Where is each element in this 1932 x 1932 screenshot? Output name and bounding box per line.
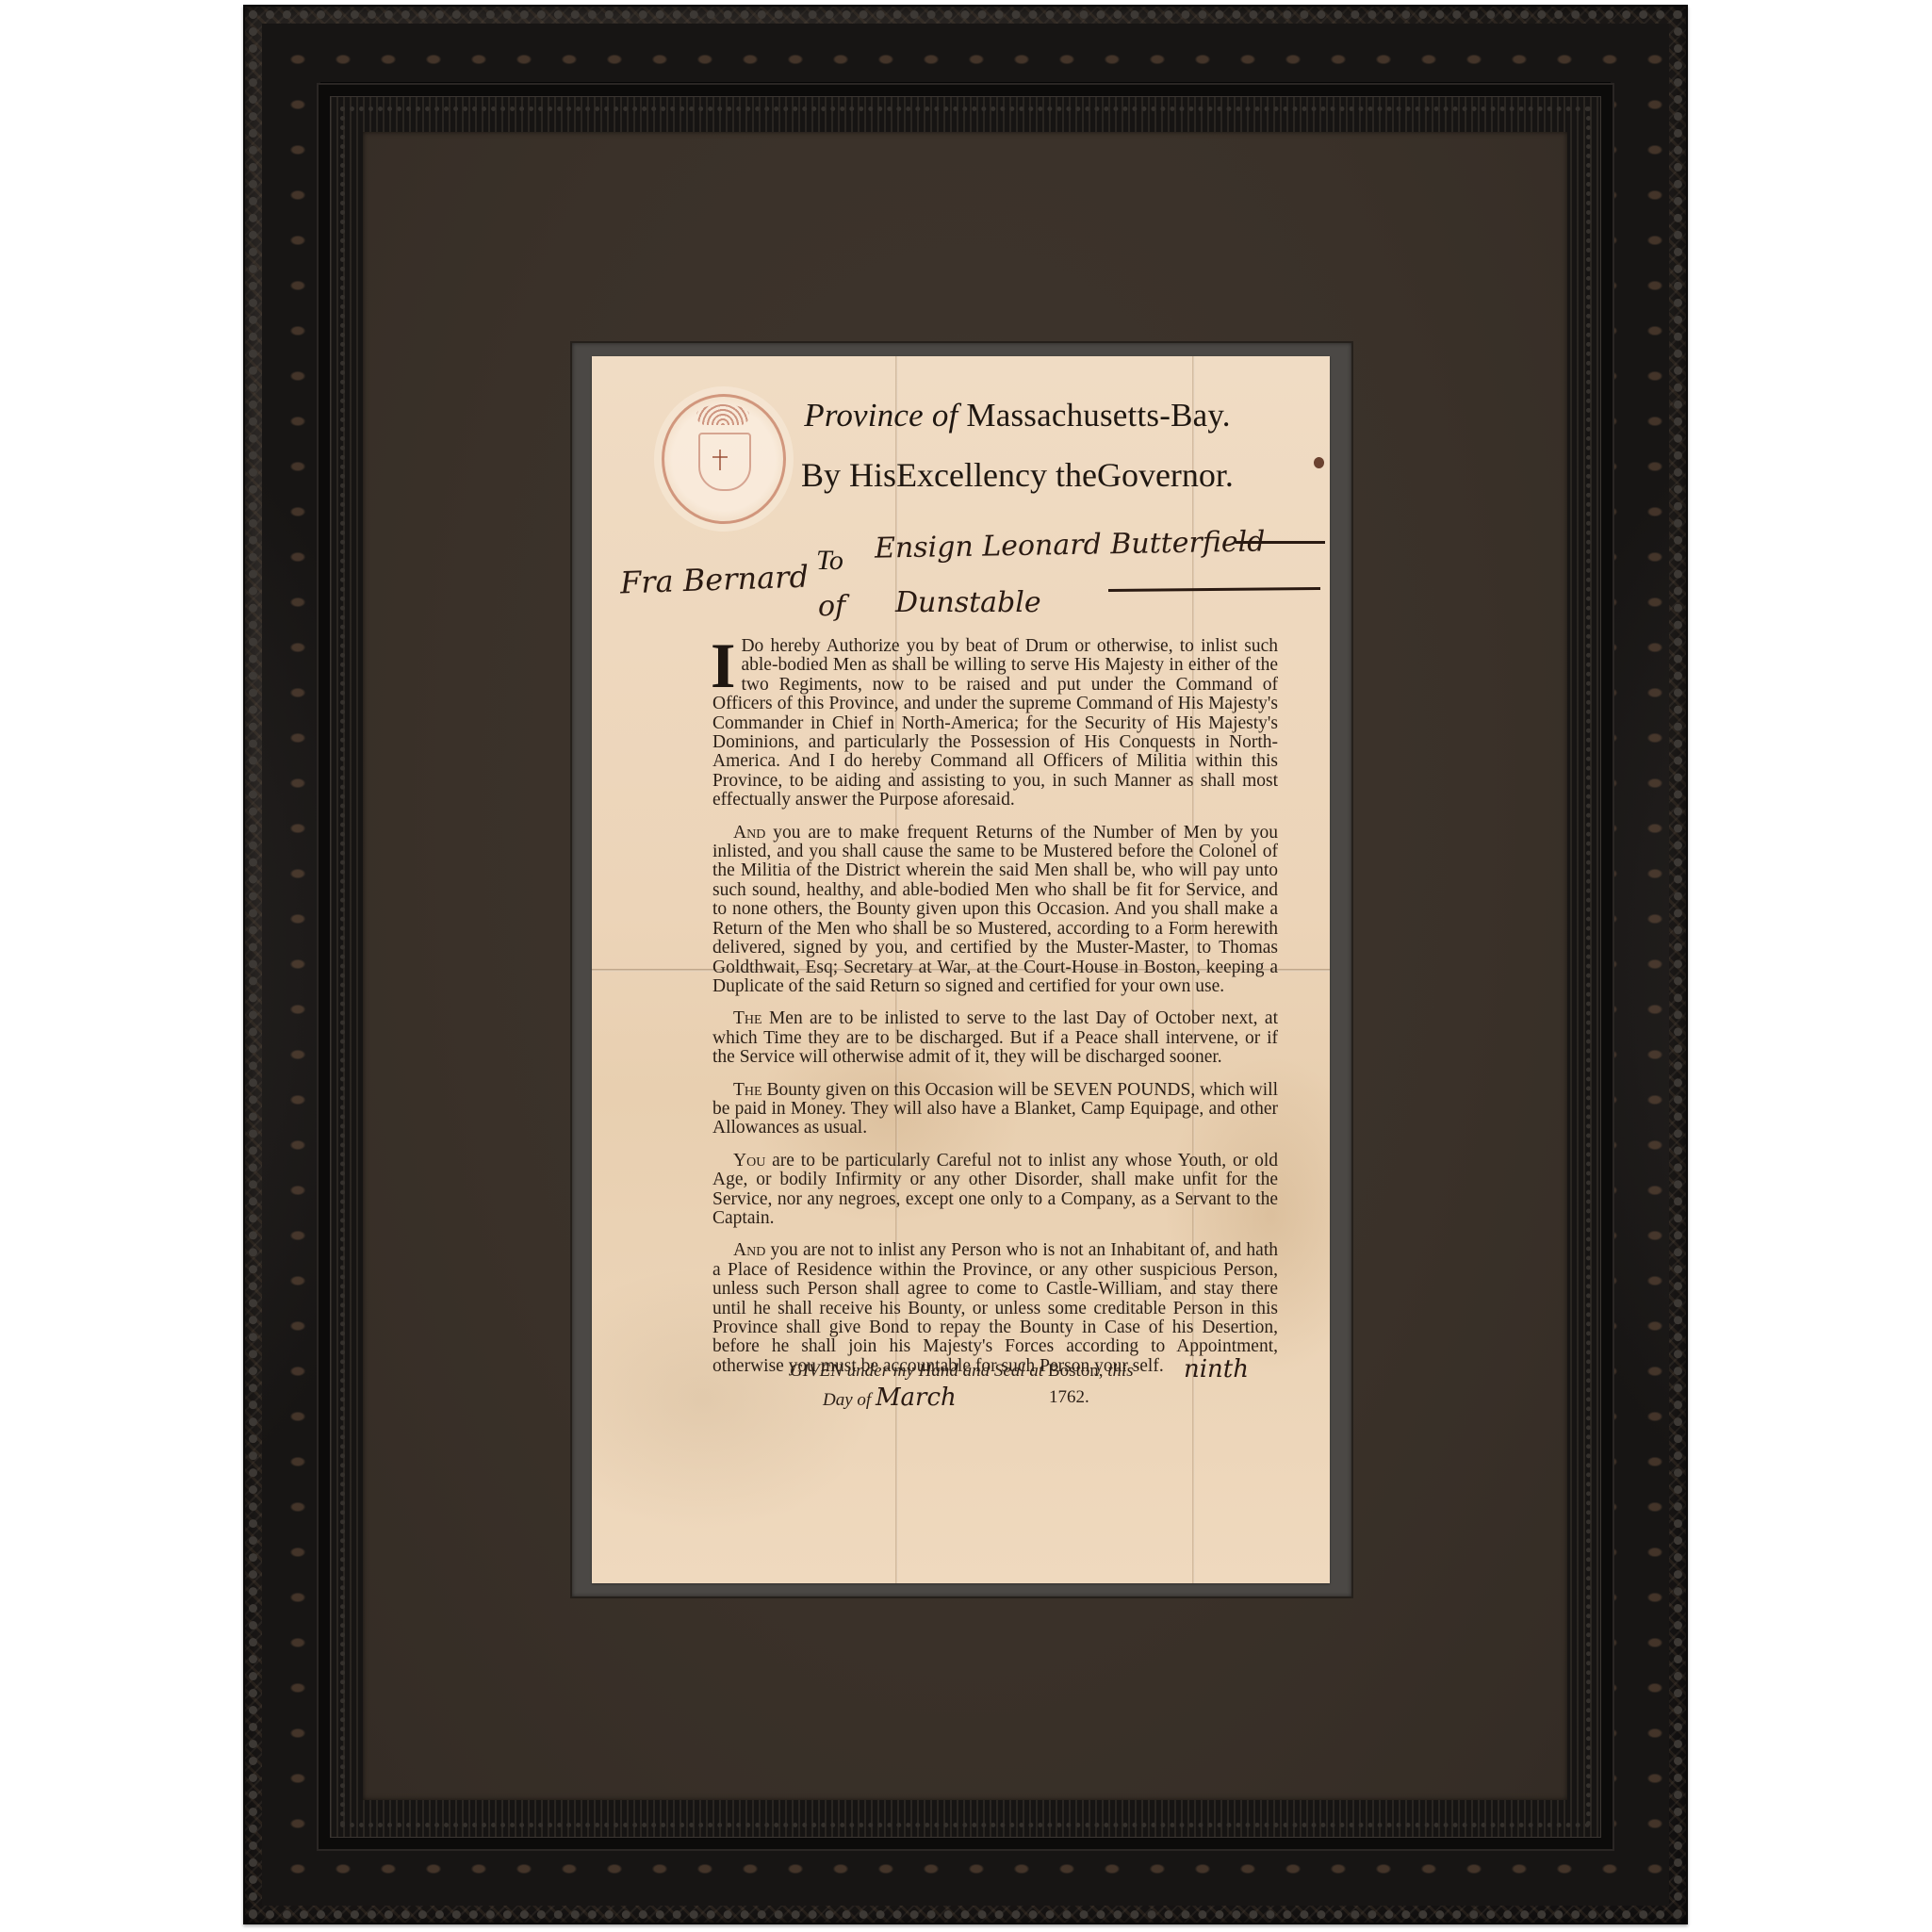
paragraph-careful: You are to be particularly Careful not t…	[712, 1152, 1278, 1229]
given-prefix: GIVEN under my Hand and Seal at	[790, 1361, 1043, 1381]
paragraph-text: you are to make frequent Returns of the …	[712, 823, 1278, 996]
heading-governor: By HisExcellency theGovernor.	[592, 455, 1330, 495]
paragraph-term: The Men are to be inlisted to serve to t…	[712, 1009, 1278, 1067]
month-handwritten: March	[876, 1384, 957, 1412]
to-label: To	[816, 545, 843, 577]
paragraph-text: Bounty given on this Occasion will be SE…	[712, 1080, 1278, 1138]
town-dash	[1108, 587, 1320, 592]
paragraph-text: Men are to be inlisted to serve to the l…	[712, 1008, 1278, 1067]
of-label: of	[818, 590, 845, 623]
paragraph-lead: The	[733, 1008, 762, 1028]
paragraph-bounty: The Bounty given on this Occasion will b…	[712, 1081, 1278, 1138]
document-body: IDo hereby Authorize you by beat of Drum…	[712, 637, 1278, 1389]
day-handwritten: ninth	[1184, 1355, 1249, 1384]
given-this: this	[1107, 1361, 1133, 1381]
paragraph-lead: The	[733, 1080, 762, 1100]
addressee-dash	[1236, 541, 1325, 544]
heading-province: Province of Massachusetts-Bay.	[592, 397, 1330, 434]
closing-given: GIVEN under my Hand and Seal at Boston, …	[790, 1361, 1134, 1382]
paragraph-text: are to be particularly Careful not to in…	[712, 1151, 1278, 1228]
paragraph-authorization: IDo hereby Authorize you by beat of Drum…	[712, 637, 1278, 810]
governor-signature: Fra Bernard	[619, 559, 809, 601]
paragraph-lead: And	[733, 1240, 765, 1260]
paragraph-lead: You	[733, 1151, 765, 1171]
given-place: Boston,	[1048, 1361, 1104, 1381]
drop-cap: I	[711, 639, 735, 692]
heading-province-name: Massachusetts-Bay.	[966, 397, 1230, 434]
document-sheet: Province of Massachusetts-Bay. By HisExc…	[592, 356, 1330, 1583]
heading-province-italic: Province of	[804, 397, 958, 434]
paragraph-text: Do hereby Authorize you by beat of Drum …	[712, 636, 1278, 810]
addressee-handwritten: Ensign Leonard Butterfield	[875, 525, 1266, 565]
closing-day-of: Day of March	[823, 1384, 957, 1412]
paragraph-lead: And	[733, 823, 765, 843]
paragraph-returns: And you are to make frequent Returns of …	[712, 824, 1278, 997]
day-of-label: Day of	[823, 1390, 871, 1410]
closing-year: 1762.	[1049, 1387, 1089, 1408]
town-handwritten: Dunstable	[895, 586, 1041, 619]
